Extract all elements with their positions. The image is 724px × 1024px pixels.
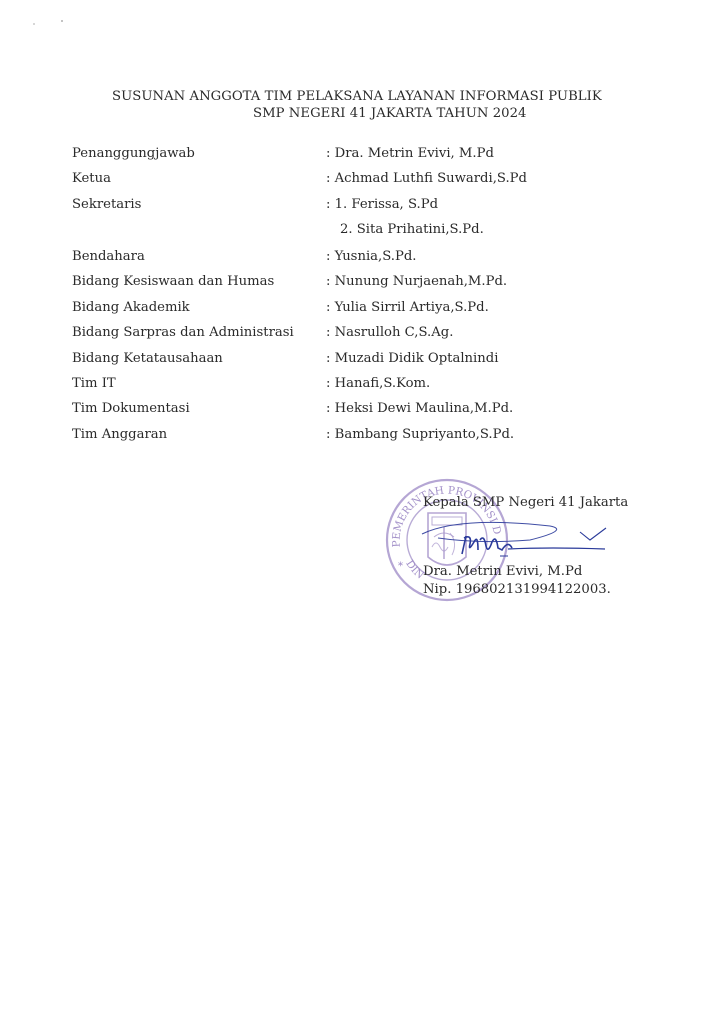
signer-nip: Nip. 196802131994122003. [423, 581, 611, 599]
svg-text:*: * [398, 561, 403, 572]
member-row: Sekretaris : 1. Ferissa, S.Pd [0, 196, 724, 222]
member-name: : Yulia Sirril Artiya,S.Pd. [326, 299, 489, 317]
title-line-1: SUSUNAN ANGGOTA TIM PELAKSANA LAYANAN IN… [112, 88, 602, 105]
title-line-2: SMP NEGERI 41 JAKARTA TAHUN 2024 [253, 105, 526, 122]
member-row: Bidang Akademik : Yulia Sirril Artiya,S.… [0, 299, 724, 325]
member-name: : Yusnia,S.Pd. [326, 248, 416, 266]
member-role: Bidang Akademik [72, 299, 190, 317]
svg-text:PEMERINTAH PROVINSI D: PEMERINTAH PROVINSI D [391, 485, 503, 548]
member-row: Tim Anggaran : Bambang Supriyanto,S.Pd. [0, 426, 724, 452]
member-name: : Bambang Supriyanto,S.Pd. [326, 426, 514, 444]
member-name: : 1. Ferissa, S.Pd [326, 196, 438, 214]
member-row: Ketua : Achmad Luthfi Suwardi,S.Pd [0, 170, 724, 196]
member-role: Ketua [72, 170, 111, 188]
member-role: Bidang Kesiswaan dan Humas [72, 273, 274, 291]
member-role: Tim Dokumentasi [72, 400, 190, 418]
member-row: Bendahara : Yusnia,S.Pd. [0, 248, 724, 274]
member-row: Penanggungjawab : Dra. Metrin Evivi, M.P… [0, 145, 724, 171]
member-role: Tim IT [72, 375, 116, 393]
member-row: Tim IT : Hanafi,S.Kom. [0, 375, 724, 401]
member-name: 2. Sita Prihatini,S.Pd. [340, 221, 484, 239]
signer-name: Dra. Metrin Evivi, M.Pd [423, 563, 582, 581]
member-name: : Heksi Dewi Maulina,M.Pd. [326, 400, 513, 418]
member-row: Bidang Kesiswaan dan Humas : Nunung Nurj… [0, 273, 724, 299]
member-row: Tim Dokumentasi : Heksi Dewi Maulina,M.P… [0, 400, 724, 426]
handwritten-signature-icon [420, 520, 620, 560]
member-row: Bidang Ketatausahaan : Muzadi Didik Opta… [0, 350, 724, 376]
member-role: Bidang Ketatausahaan [72, 350, 223, 368]
member-role: Bidang Sarpras dan Administrasi [72, 324, 294, 342]
member-name: : Muzadi Didik Optalnindi [326, 350, 498, 368]
member-role: Sekretaris [72, 196, 141, 214]
member-role: Bendahara [72, 248, 145, 266]
svg-text:DIN: DIN [403, 558, 426, 582]
member-role: Penanggungjawab [72, 145, 195, 163]
official-stamp-icon: PEMERINTAH PROVINSI D DIN * [384, 477, 510, 603]
member-name: : Achmad Luthfi Suwardi,S.Pd [326, 170, 527, 188]
member-row: 2. Sita Prihatini,S.Pd. [0, 221, 724, 247]
member-name: : Dra. Metrin Evivi, M.Pd [326, 145, 494, 163]
member-name: : Hanafi,S.Kom. [326, 375, 430, 393]
scan-specks [30, 18, 90, 42]
member-name: : Nasrulloh C,S.Ag. [326, 324, 453, 342]
member-role: Tim Anggaran [72, 426, 167, 444]
member-name: : Nunung Nurjaenah,M.Pd. [326, 273, 507, 291]
signer-position: Kepala SMP Negeri 41 Jakarta [423, 494, 628, 512]
member-row: Bidang Sarpras dan Administrasi : Nasrul… [0, 324, 724, 350]
